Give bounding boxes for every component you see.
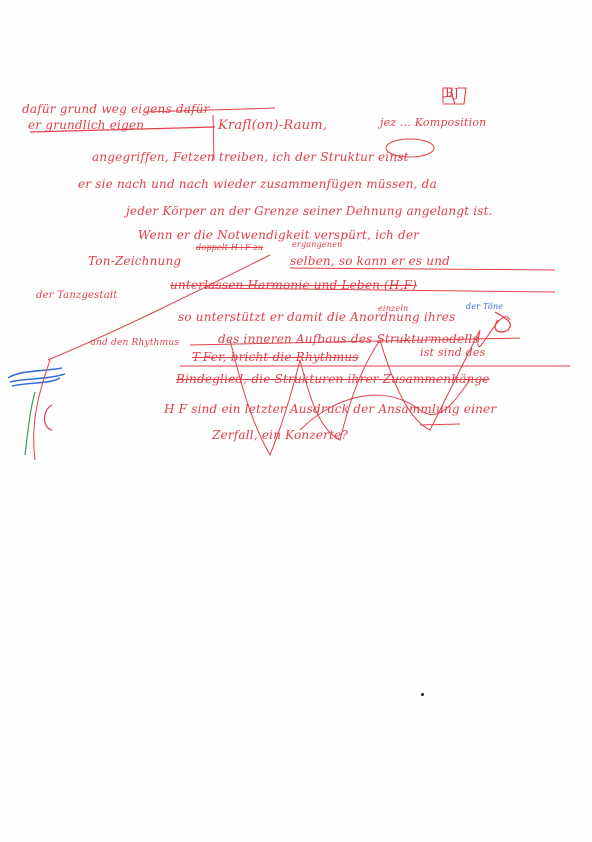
line-1: dafür grund weg eigens dafür bbox=[22, 102, 210, 116]
line-8: unterlassen Harmonie und Leben (H,F) bbox=[170, 278, 417, 292]
line-2-continuation: Krafl(on)-Raum, bbox=[218, 118, 327, 133]
line-14: Zerfall, ein Konzerte? bbox=[212, 428, 348, 442]
line-2-extra: jez ... Komposition bbox=[380, 116, 486, 129]
line-13: H F sind ein letzter Ausdruck der Ansamm… bbox=[164, 402, 496, 416]
manuscript-page: dafür grund weg eigens dafür er grundlic… bbox=[0, 0, 592, 842]
line-5: jeder Körper an der Grenze seiner Dehnun… bbox=[126, 204, 493, 218]
line-7: Ton-Zeichnung bbox=[88, 254, 181, 268]
line-12: Bindeglied, die Strukturen ihrer Zusamme… bbox=[176, 372, 490, 386]
line-7-continuation: selben, so kann er es und bbox=[290, 254, 450, 268]
line-10: des inneren Aufbaus des Strukturmodells bbox=[218, 332, 479, 346]
line-10-margin: und den Rhythmus bbox=[90, 338, 179, 348]
ink-dot bbox=[421, 693, 424, 696]
line-9: so unterstützt er damit die Anordnung ih… bbox=[178, 310, 455, 324]
line-8-margin: der Tanzgestalt bbox=[36, 290, 118, 301]
line-6a-insert: ergangenen bbox=[292, 240, 343, 249]
line-9-insert-blue: der Töne bbox=[466, 302, 503, 311]
line-4: er sie nach und nach wieder zusammenfüge… bbox=[78, 177, 437, 191]
line-3: angegriffen, Fetzen treiben, ich der Str… bbox=[92, 150, 409, 164]
line-6a: doppelt H+F zu bbox=[196, 243, 263, 252]
line-6: Wenn er die Notwendigkeit verspürt, ich … bbox=[138, 228, 419, 242]
margin-mark-bj: BJ bbox=[445, 86, 459, 100]
line-2: er grundlich eigen bbox=[28, 118, 144, 132]
line-11: T-Fer, bricht die Rhythmus bbox=[192, 350, 359, 364]
line-11-extra: ist sind des bbox=[420, 346, 485, 359]
